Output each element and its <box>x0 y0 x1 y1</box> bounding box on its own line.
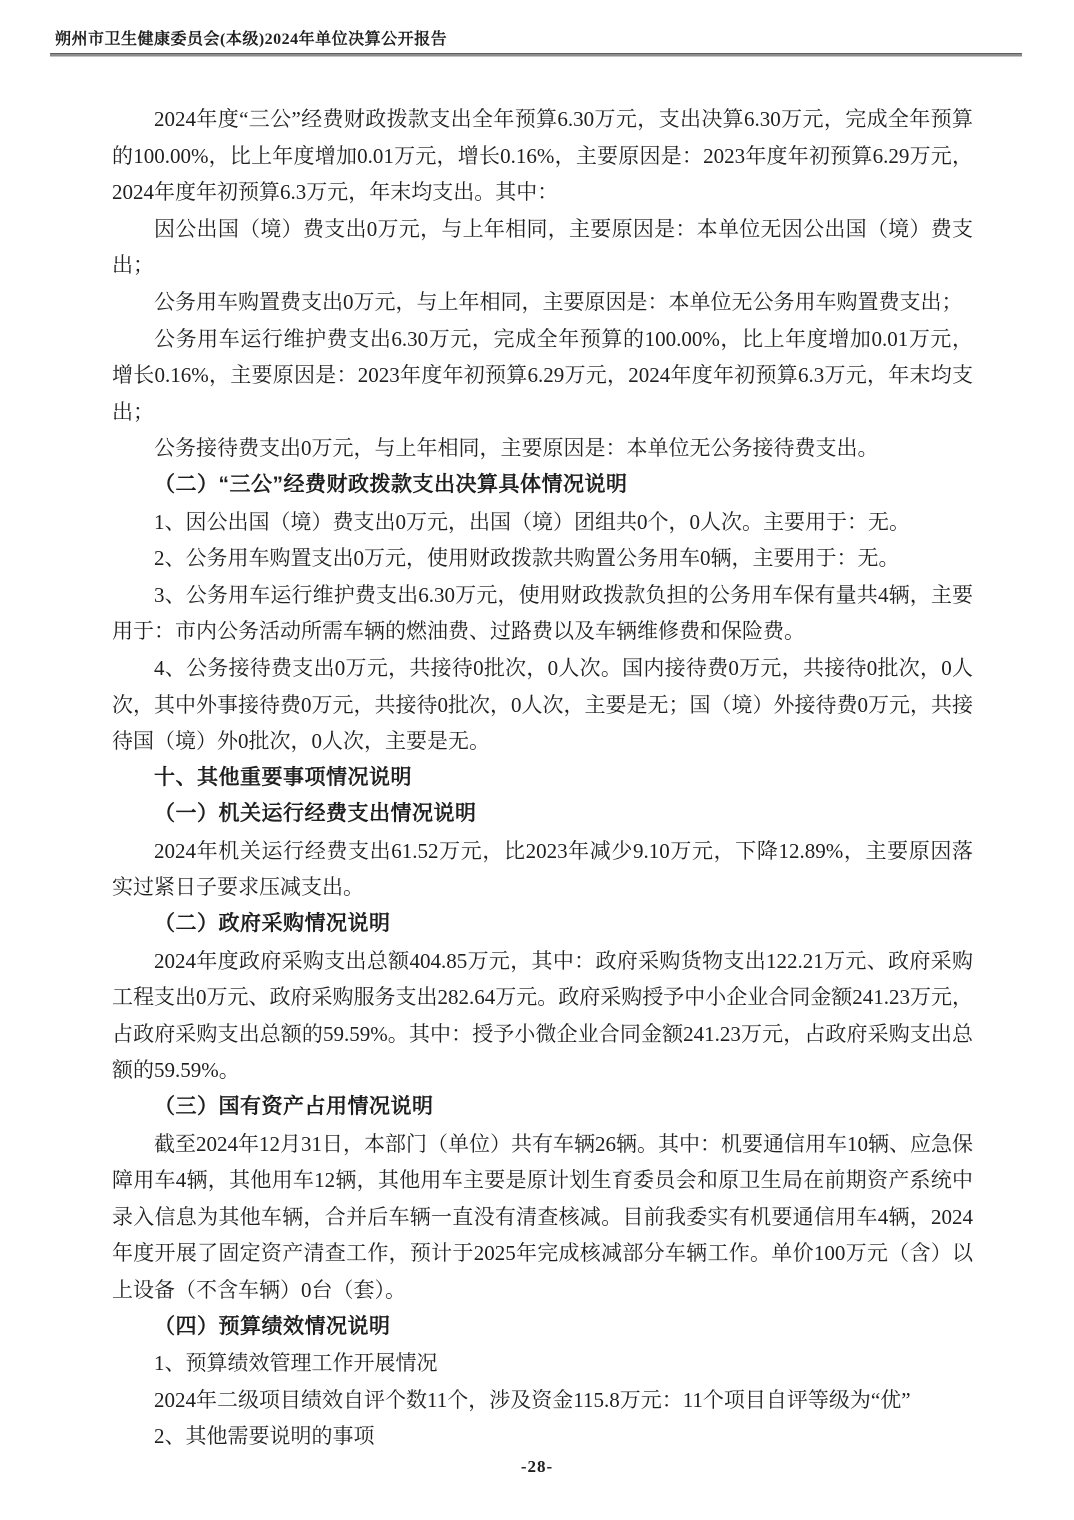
body-paragraph: 2、公务用车购置支出0万元，使用财政拨款共购置公务用车0辆，主要用于：无。 <box>112 540 973 577</box>
body-paragraph: 公务用车购置费支出0万元，与上年相同，主要原因是：本单位无公务用车购置费支出； <box>112 284 973 321</box>
header-divider-rule <box>50 53 1022 57</box>
body-paragraph: 因公出国（境）费支出0万元，与上年相同，主要原因是：本单位无因公出国（境）费支出… <box>112 211 973 284</box>
body-paragraph: 公务用车运行维护费支出6.30万元，完成全年预算的100.00%，比上年度增加0… <box>112 321 973 431</box>
page-number: -28- <box>0 1457 1074 1477</box>
document-header-title: 朔州市卫生健康委员会(本级)2024年单位决算公开报告 <box>55 30 447 50</box>
body-paragraph: 2024年度政府采购支出总额404.85万元，其中：政府采购货物支出122.21… <box>112 943 973 1089</box>
body-paragraph: 公务接待费支出0万元，与上年相同，主要原因是：本单位无公务接待费支出。 <box>112 430 973 467</box>
body-paragraph: 1、预算绩效管理工作开展情况 <box>112 1345 973 1382</box>
document-page: 朔州市卫生健康委员会(本级)2024年单位决算公开报告 2024年度“三公”经费… <box>0 0 1074 1520</box>
body-paragraph: 2024年二级项目绩效自评个数11个，涉及资金115.8万元：11个项目自评等级… <box>112 1382 973 1419</box>
body-paragraph: 截至2024年12月31日，本部门（单位）共有车辆26辆。其中：机要通信用车10… <box>112 1126 973 1309</box>
body-paragraph: 3、公务用车运行维护费支出6.30万元，使用财政拨款负担的公务用车保有量共4辆，… <box>112 577 973 650</box>
section-heading: （二）“三公”经费财政拨款支出决算具体情况说明 <box>112 467 973 504</box>
body-paragraph: 4、公务接待费支出0万元，共接待0批次，0人次。国内接待费0万元，共接待0批次，… <box>112 650 973 760</box>
body-paragraph: 2024年度“三公”经费财政拨款支出全年预算6.30万元，支出决算6.30万元，… <box>112 101 973 211</box>
body-paragraph: 1、因公出国（境）费支出0万元，出国（境）团组共0个，0人次。主要用于：无。 <box>112 504 973 541</box>
body-paragraph: 2024年机关运行经费支出61.52万元，比2023年减少9.10万元，下降12… <box>112 833 973 906</box>
document-body: 2024年度“三公”经费财政拨款支出全年预算6.30万元，支出决算6.30万元，… <box>112 101 973 1455</box>
section-heading: （二）政府采购情况说明 <box>112 906 973 943</box>
section-heading: （四）预算绩效情况说明 <box>112 1309 973 1346</box>
section-heading: （一）机关运行经费支出情况说明 <box>112 796 973 833</box>
section-heading: （三）国有资产占用情况说明 <box>112 1089 973 1126</box>
section-heading: 十、其他重要事项情况说明 <box>112 760 973 797</box>
body-paragraph: 2、其他需要说明的事项 <box>112 1418 973 1455</box>
